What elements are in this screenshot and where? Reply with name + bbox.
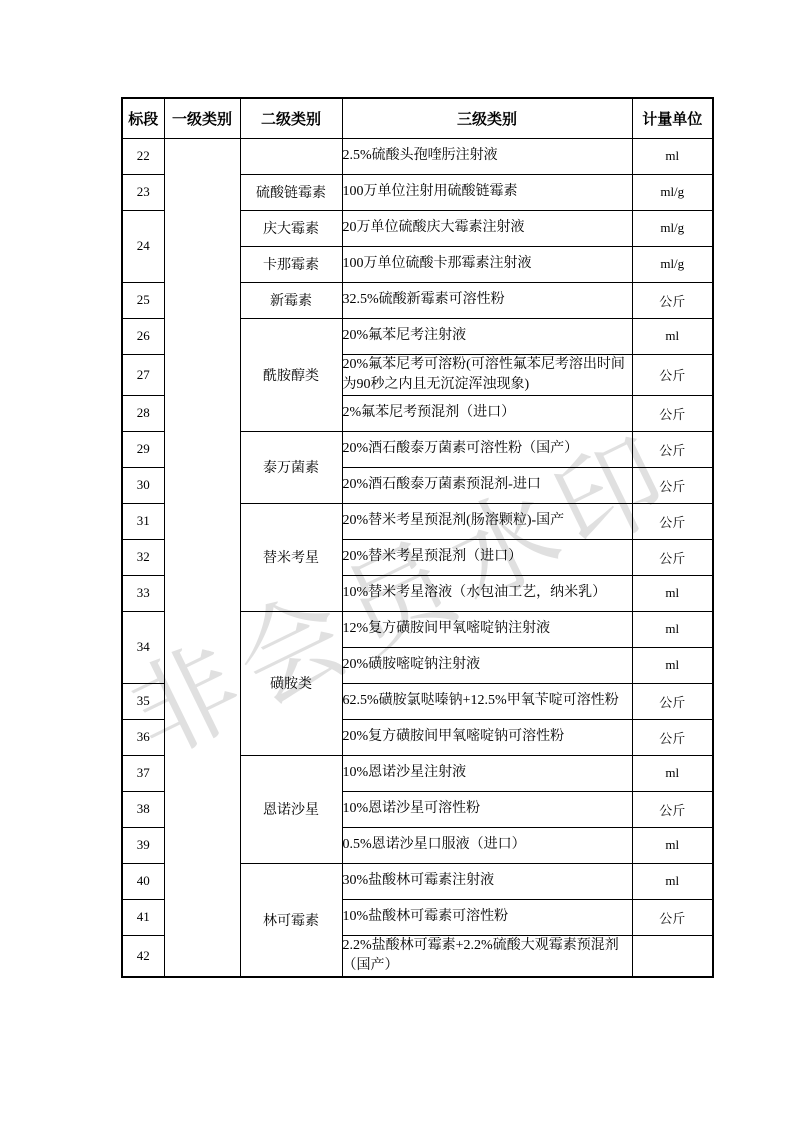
section-cell: 23 [122, 174, 164, 210]
category3-cell: 30%盐酸林可霉素注射液 [342, 863, 632, 899]
unit-cell: ml [632, 611, 713, 647]
category2-cell: 恩诺沙星 [240, 755, 342, 863]
section-cell: 22 [122, 138, 164, 174]
category2-cell: 卡那霉素 [240, 246, 342, 282]
section-cell: 40 [122, 863, 164, 899]
category3-cell: 20%酒石酸泰万菌素可溶性粉（国产） [342, 431, 632, 467]
section-cell: 28 [122, 395, 164, 431]
section-cell: 27 [122, 354, 164, 395]
section-cell: 25 [122, 282, 164, 318]
unit-cell: 公斤 [632, 395, 713, 431]
category3-cell: 20%酒石酸泰万菌素预混剂-进口 [342, 467, 632, 503]
unit-cell: ml [632, 827, 713, 863]
category-table: 标段 一级类别 二级类别 三级类别 计量单位 222.5%硫酸头孢喹肟注射液ml… [121, 97, 714, 978]
category3-cell: 100万单位注射用硫酸链霉素 [342, 174, 632, 210]
unit-cell: ml [632, 863, 713, 899]
category3-cell: 10%盐酸林可霉素可溶性粉 [342, 899, 632, 935]
unit-cell: 公斤 [632, 354, 713, 395]
unit-cell: 公斤 [632, 899, 713, 935]
category3-cell: 20万单位硫酸庆大霉素注射液 [342, 210, 632, 246]
unit-cell: 公斤 [632, 467, 713, 503]
category3-cell: 20%氟苯尼考注射液 [342, 318, 632, 354]
unit-cell: ml [632, 575, 713, 611]
unit-cell: 公斤 [632, 683, 713, 719]
header-category2: 二级类别 [240, 98, 342, 138]
unit-cell: ml/g [632, 246, 713, 282]
category3-cell: 10%替米考星溶液（水包油工艺，纳米乳） [342, 575, 632, 611]
section-cell: 35 [122, 683, 164, 719]
category2-cell: 新霉素 [240, 282, 342, 318]
category2-cell: 泰万菌素 [240, 431, 342, 503]
section-cell: 36 [122, 719, 164, 755]
category2-cell: 硫酸链霉素 [240, 174, 342, 210]
unit-cell: ml/g [632, 210, 713, 246]
unit-cell: 公斤 [632, 282, 713, 318]
unit-cell: 公斤 [632, 503, 713, 539]
category2-cell: 磺胺类 [240, 611, 342, 755]
category3-cell: 12%复方磺胺间甲氧嘧啶钠注射液 [342, 611, 632, 647]
unit-cell: 公斤 [632, 791, 713, 827]
header-row: 标段 一级类别 二级类别 三级类别 计量单位 [122, 98, 713, 138]
section-cell: 42 [122, 935, 164, 977]
section-cell: 30 [122, 467, 164, 503]
category2-cell [240, 138, 342, 174]
category3-cell: 20%磺胺嘧啶钠注射液 [342, 647, 632, 683]
header-unit: 计量单位 [632, 98, 713, 138]
unit-cell: ml [632, 647, 713, 683]
category3-cell: 2.5%硫酸头孢喹肟注射液 [342, 138, 632, 174]
table-body: 222.5%硫酸头孢喹肟注射液ml23硫酸链霉素100万单位注射用硫酸链霉素ml… [122, 138, 713, 977]
section-cell: 31 [122, 503, 164, 539]
header-category1: 一级类别 [164, 98, 240, 138]
category3-cell: 0.5%恩诺沙星口服液（进口） [342, 827, 632, 863]
unit-cell: ml [632, 138, 713, 174]
header-section: 标段 [122, 98, 164, 138]
section-cell: 34 [122, 611, 164, 683]
section-cell: 29 [122, 431, 164, 467]
unit-cell: 公斤 [632, 539, 713, 575]
category3-cell: 10%恩诺沙星可溶性粉 [342, 791, 632, 827]
category3-cell: 20%替米考星预混剂（进口） [342, 539, 632, 575]
category2-cell: 庆大霉素 [240, 210, 342, 246]
document-page: 非会员水印 标段 一级类别 二级类别 三级类别 计量单位 222.5%硫酸头孢喹… [0, 0, 793, 1122]
section-cell: 41 [122, 899, 164, 935]
unit-cell: ml/g [632, 174, 713, 210]
category3-cell: 10%恩诺沙星注射液 [342, 755, 632, 791]
unit-cell: ml [632, 755, 713, 791]
category3-cell: 2%氟苯尼考预混剂（进口） [342, 395, 632, 431]
unit-cell: 公斤 [632, 431, 713, 467]
section-cell: 24 [122, 210, 164, 282]
unit-cell: ml [632, 318, 713, 354]
category2-cell: 替米考星 [240, 503, 342, 611]
section-cell: 26 [122, 318, 164, 354]
table-row: 222.5%硫酸头孢喹肟注射液ml [122, 138, 713, 174]
category3-cell: 20%复方磺胺间甲氧嘧啶钠可溶性粉 [342, 719, 632, 755]
section-cell: 38 [122, 791, 164, 827]
category3-cell: 32.5%硫酸新霉素可溶性粉 [342, 282, 632, 318]
category3-cell: 2.2%盐酸林可霉素+2.2%硫酸大观霉素预混剂（国产） [342, 935, 632, 977]
header-category3: 三级类别 [342, 98, 632, 138]
section-cell: 37 [122, 755, 164, 791]
section-cell: 39 [122, 827, 164, 863]
section-cell: 32 [122, 539, 164, 575]
category2-cell: 林可霉素 [240, 863, 342, 977]
category3-cell: 20%氟苯尼考可溶粉(可溶性氟苯尼考溶出时间为90秒之内且无沉淀浑浊现象) [342, 354, 632, 395]
section-cell: 33 [122, 575, 164, 611]
category3-cell: 20%替米考星预混剂(肠溶颗粒)-国产 [342, 503, 632, 539]
category2-cell: 酰胺醇类 [240, 318, 342, 431]
unit-cell [632, 935, 713, 977]
category3-cell: 62.5%磺胺氯哒嗪钠+12.5%甲氧苄啶可溶性粉 [342, 683, 632, 719]
table-header: 标段 一级类别 二级类别 三级类别 计量单位 [122, 98, 713, 138]
level1-category-cell [164, 138, 240, 977]
unit-cell: 公斤 [632, 719, 713, 755]
category3-cell: 100万单位硫酸卡那霉素注射液 [342, 246, 632, 282]
